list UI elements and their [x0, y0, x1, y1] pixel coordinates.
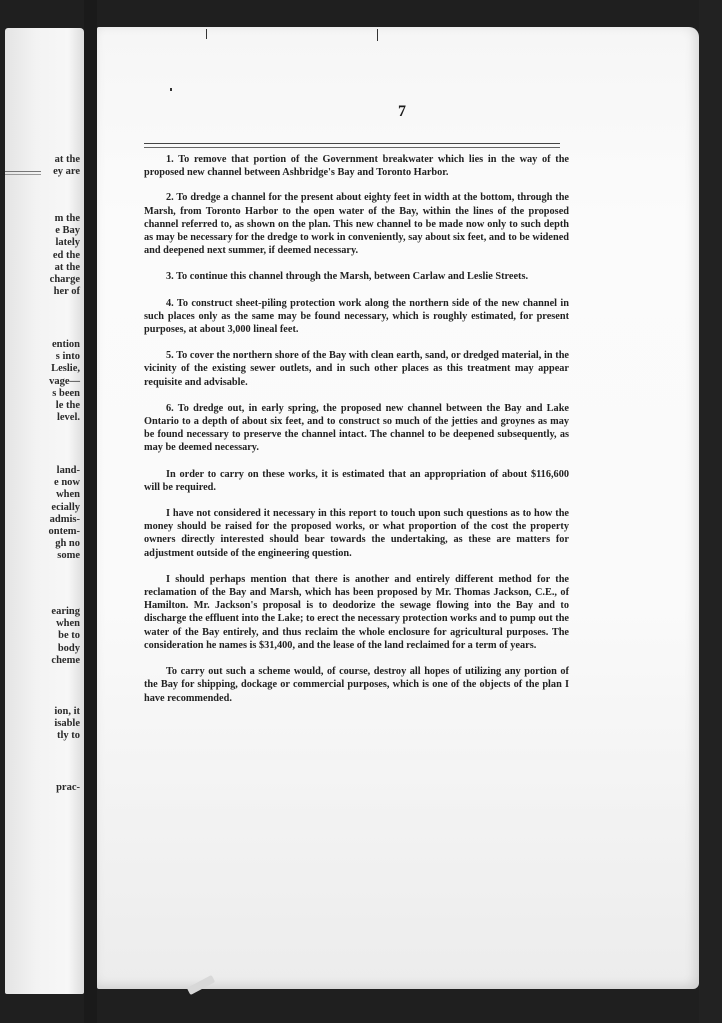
paragraph-item-3: 3. To continue this channel through the … — [144, 270, 569, 283]
fragment-block-5: earing when be to body cheme — [51, 606, 80, 667]
fragment-block-6: ion, it isable tly to — [54, 706, 80, 743]
book-gutter — [84, 0, 97, 1023]
page-crease-mark — [206, 29, 207, 39]
page-crease-mark — [377, 29, 378, 41]
header-rule — [144, 143, 560, 148]
document-page: 7 1. To remove that portion of the Gover… — [97, 27, 699, 989]
paragraph-item-4: 4. To construct sheet-piling protection … — [144, 297, 569, 337]
fragment-block-1: at the ey are — [53, 154, 80, 178]
previous-page-edge: at the ey are m the e Bay lately ed the … — [5, 28, 84, 994]
paragraph-estimate: In order to carry on these works, it is … — [144, 468, 569, 494]
scan-border-right — [699, 0, 722, 1023]
page-number: 7 — [97, 103, 699, 121]
body-text: 1. To remove that portion of the Governm… — [144, 153, 569, 718]
fragment-block-3: ention s into Leslie, vage— s been le th… — [49, 339, 80, 424]
previous-page-rule — [5, 171, 41, 175]
paragraph-item-6: 6. To dredge out, in early spring, the p… — [144, 402, 569, 455]
scanned-document: at the ey are m the e Bay lately ed the … — [0, 0, 722, 1023]
paragraph-item-2: 2. To dredge a channel for the present a… — [144, 191, 569, 257]
fragment-block-2: m the e Bay lately ed the at the charge … — [50, 213, 80, 298]
fragment-block-7: prac- — [56, 782, 80, 794]
fragment-block-4: land- e now when ecially admis- ontem- g… — [49, 465, 81, 563]
paragraph-alternative-method: I should perhaps mention that there is a… — [144, 573, 569, 652]
paragraph-item-1: 1. To remove that portion of the Governm… — [144, 153, 569, 179]
paragraph-item-5: 5. To cover the northern shore of the Ba… — [144, 349, 569, 389]
page-speck — [170, 88, 172, 91]
paragraph-conclusion: To carry out such a scheme would, of cou… — [144, 665, 569, 705]
paragraph-funding: I have not considered it necessary in th… — [144, 507, 569, 560]
